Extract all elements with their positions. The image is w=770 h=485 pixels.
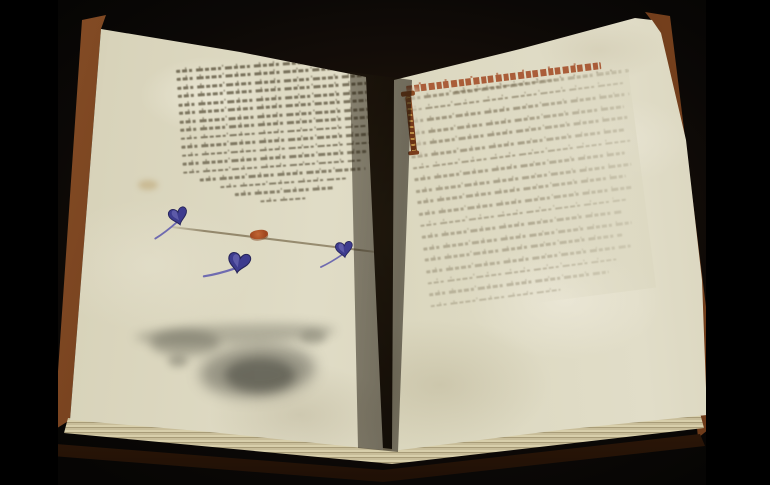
smudge-stain <box>168 355 188 367</box>
manuscript-photo <box>0 0 770 485</box>
text-line <box>431 288 561 307</box>
flower-ornament-wrap <box>146 201 198 242</box>
text-line <box>419 186 632 216</box>
text-line <box>425 234 623 262</box>
flower-ornament-wrap <box>201 244 259 286</box>
smudge-stain <box>300 330 326 344</box>
flower-ornament <box>201 244 259 286</box>
text-line <box>428 257 621 284</box>
flower-ornament <box>146 201 198 242</box>
parchment-stain <box>138 180 158 190</box>
text-line <box>261 197 309 203</box>
letterbox-bar-left <box>0 0 58 485</box>
letterbox-bar-right <box>706 0 770 485</box>
text-line <box>423 221 632 250</box>
smudge-stain <box>225 358 295 392</box>
text-line <box>426 244 630 273</box>
text-line <box>411 128 624 158</box>
text-line <box>407 93 629 124</box>
text-line <box>414 152 625 182</box>
right-text-block <box>404 69 656 316</box>
smudge-stain <box>150 330 220 356</box>
text-line <box>422 210 624 239</box>
text-line <box>416 162 632 192</box>
text-line <box>429 271 609 297</box>
text-line <box>410 116 630 147</box>
text-line <box>408 105 624 135</box>
text-line <box>420 198 627 227</box>
text-line <box>417 175 626 204</box>
initial-serif <box>408 150 419 155</box>
text-line <box>413 139 631 170</box>
text-line <box>234 187 333 196</box>
